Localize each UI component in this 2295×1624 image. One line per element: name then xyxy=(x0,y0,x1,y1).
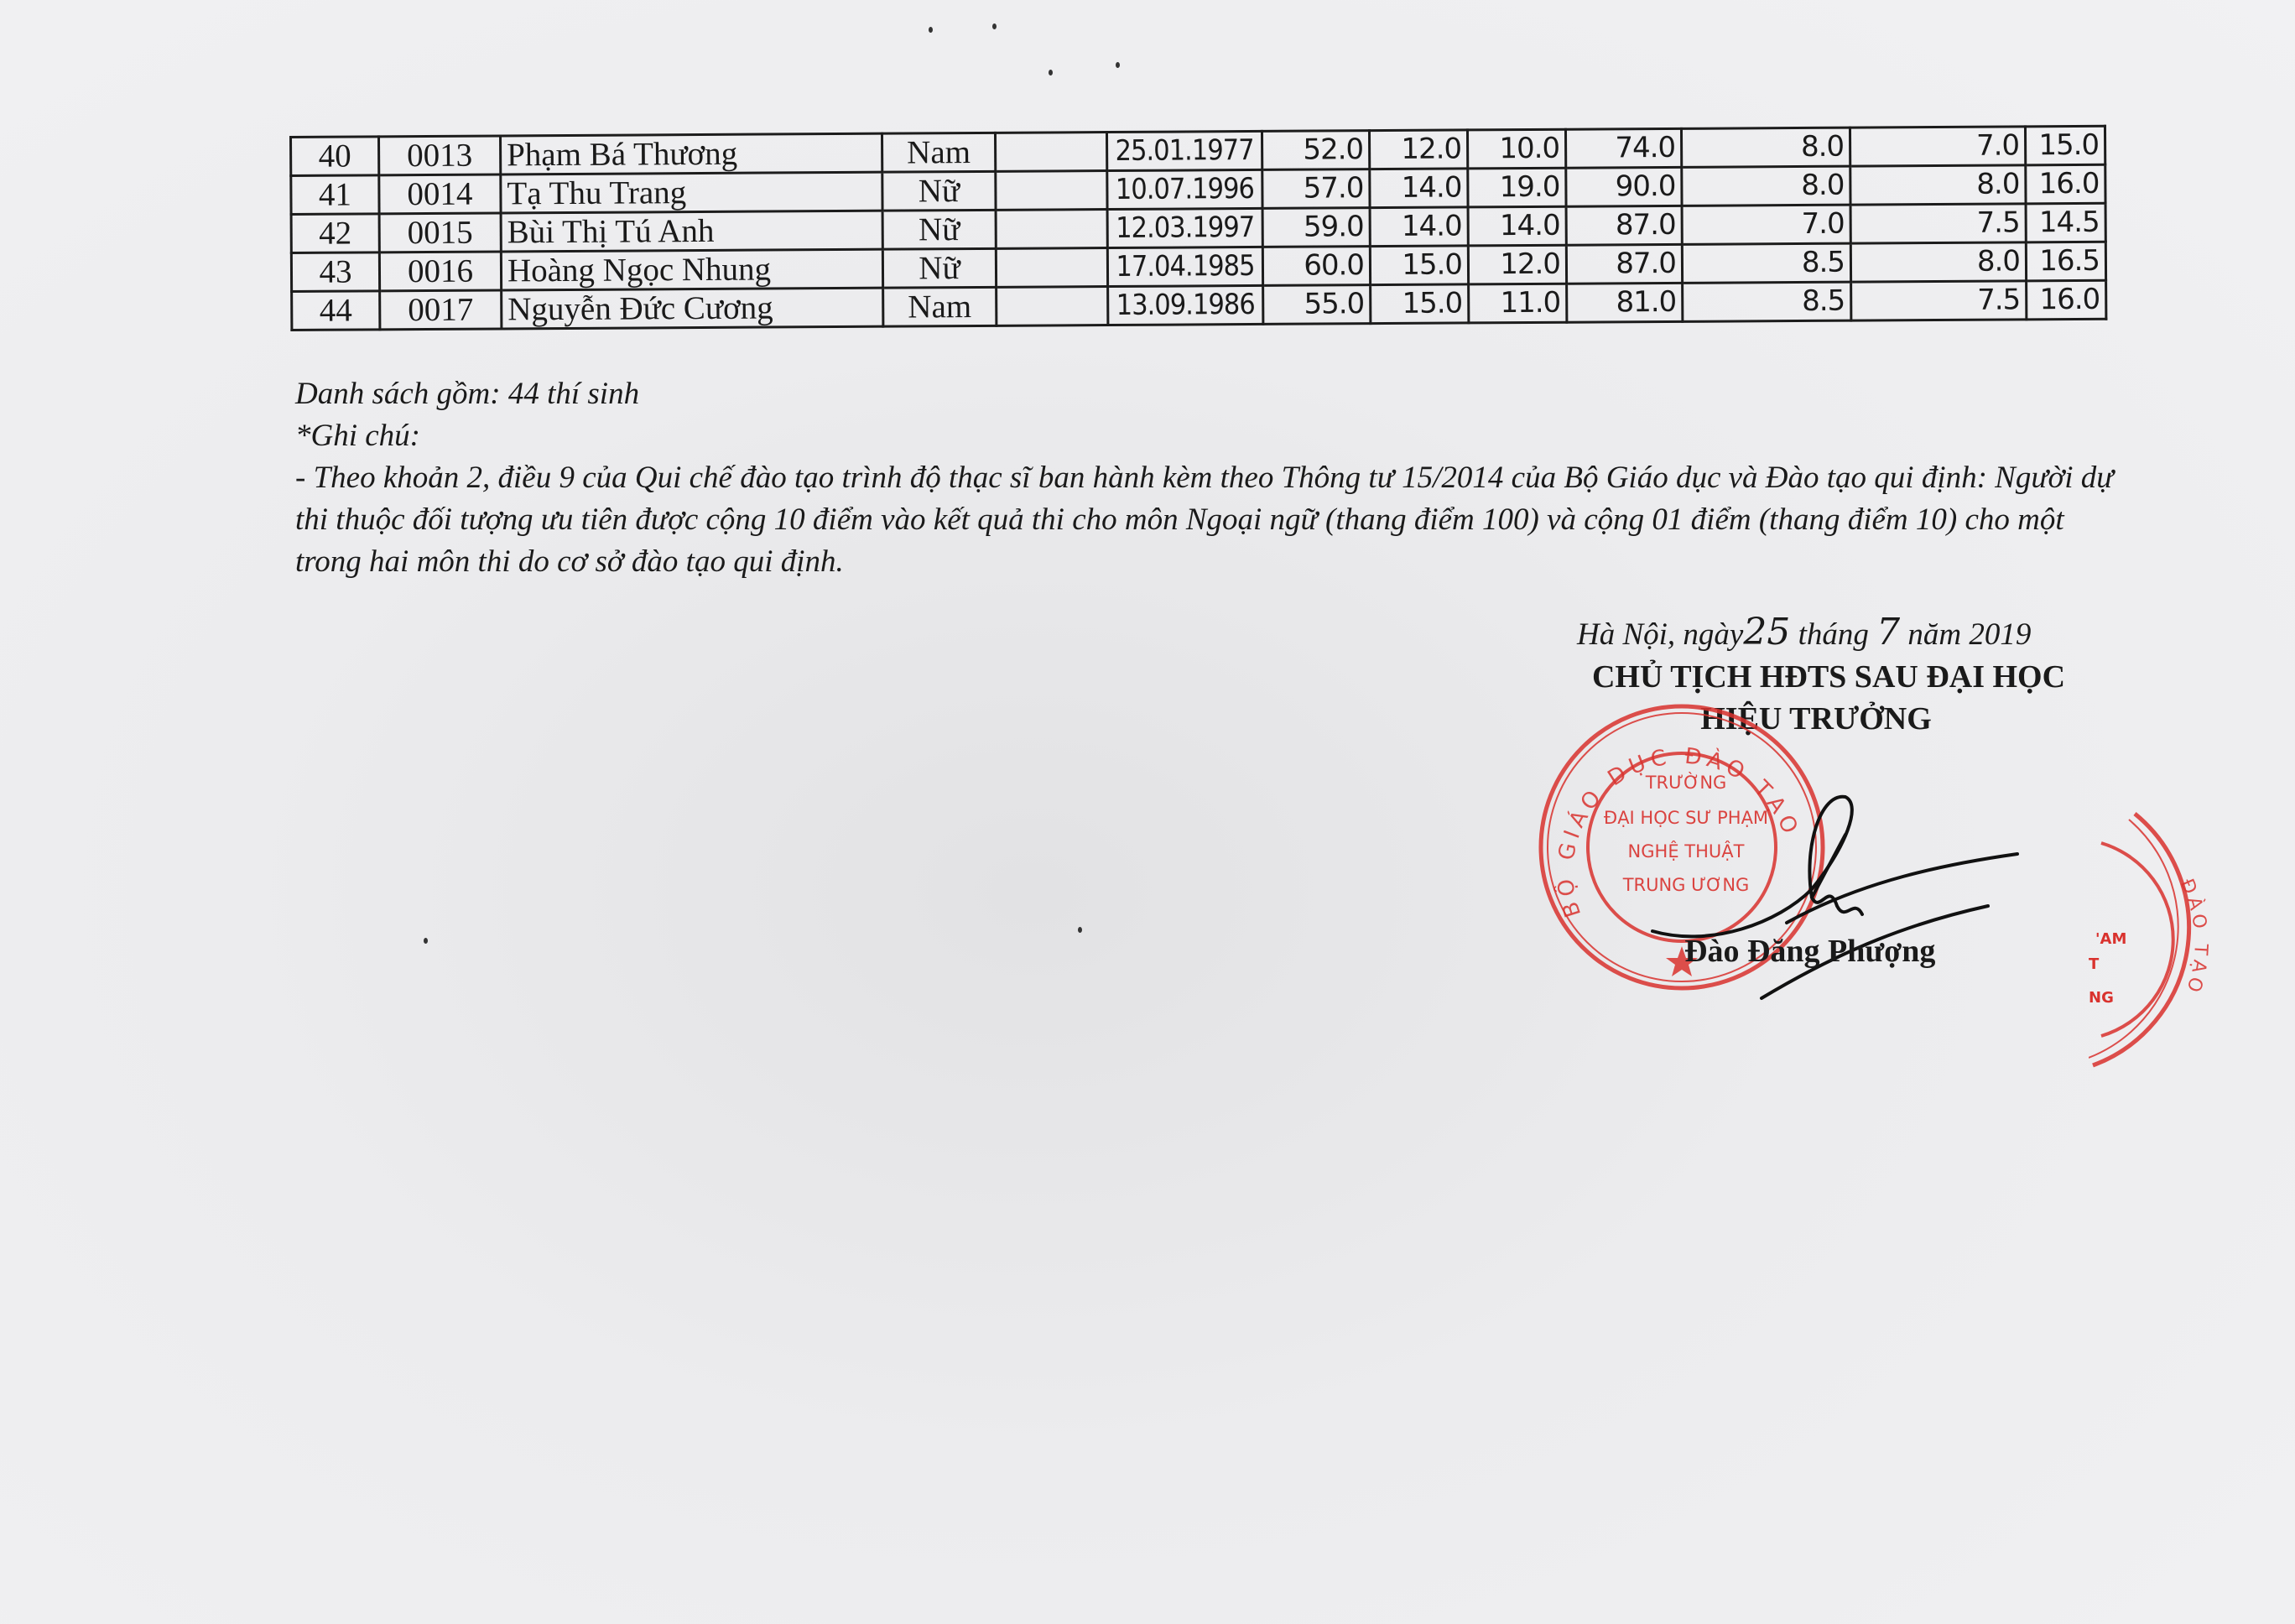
cell-stt: 42 xyxy=(291,214,379,253)
date-prefix: Hà Nội, ngày xyxy=(1577,617,1743,652)
paper-speck xyxy=(992,23,997,29)
notes-section: Danh sách gồm: 44 thí sinh *Ghi chú: - T… xyxy=(295,373,2225,583)
cell-s1: 52.0 xyxy=(1262,131,1369,170)
cell-s5: 8.0 xyxy=(1682,166,1850,206)
score-table: 400013Phạm Bá ThươngNam25.01.197752.012.… xyxy=(289,125,2107,331)
cell-name: Phạm Bá Thương xyxy=(501,133,882,174)
cell-s7: 16.0 xyxy=(2026,164,2105,204)
signer-title: CHỦ TỊCH HĐTS SAU ĐẠI HỌC xyxy=(1569,658,2089,695)
cell-s5: 8.5 xyxy=(1682,243,1850,283)
cell-s2: 14.0 xyxy=(1370,207,1468,247)
cell-extra xyxy=(995,133,1106,172)
cell-s4: 81.0 xyxy=(1567,283,1683,322)
cell-extra xyxy=(996,248,1107,288)
candidate-count: Danh sách gồm: 44 thí sinh xyxy=(295,373,2225,415)
cell-s3: 11.0 xyxy=(1469,284,1567,323)
cell-s3: 10.0 xyxy=(1467,129,1565,169)
cell-sex: Nữ xyxy=(882,171,996,211)
cell-dob: 25.01.1977 xyxy=(1106,131,1262,170)
cell-s2: 14.0 xyxy=(1370,169,1468,208)
paper-speck xyxy=(1049,70,1053,75)
cell-extra xyxy=(996,210,1107,249)
month-label: tháng xyxy=(1798,617,1869,652)
paper-speck xyxy=(929,27,933,33)
cell-s7: 16.5 xyxy=(2026,242,2105,281)
cell-stt: 44 xyxy=(292,291,380,331)
cell-s5: 8.5 xyxy=(1683,282,1851,321)
cell-s7: 15.0 xyxy=(2025,126,2105,165)
cell-s4: 87.0 xyxy=(1566,206,1682,245)
cell-s5: 8.0 xyxy=(1681,128,1850,167)
cell-stt: 40 xyxy=(291,137,379,176)
signer-name: Đào Đăng Phượng xyxy=(1684,933,1935,970)
cell-s6: 7.0 xyxy=(1850,127,2025,166)
paper-speck xyxy=(1078,927,1082,933)
cell-s4: 87.0 xyxy=(1566,244,1682,284)
cell-s2: 15.0 xyxy=(1371,284,1469,324)
cell-dob: 12.03.1997 xyxy=(1107,208,1262,247)
paper-speck xyxy=(1116,62,1120,68)
cell-dob: 13.09.1986 xyxy=(1108,285,1263,325)
cell-s1: 59.0 xyxy=(1262,208,1370,247)
signing-date: Hà Nội, ngày25 tháng 7 năm 2019 xyxy=(1577,611,2089,653)
signature-icon xyxy=(1594,755,2030,1023)
cell-s2: 12.0 xyxy=(1369,130,1467,169)
cell-sbd: 0013 xyxy=(379,136,501,175)
paper-speck xyxy=(424,938,428,944)
note-heading: *Ghi chú: xyxy=(295,415,2225,457)
cell-sbd: 0015 xyxy=(379,213,501,252)
note-line: trong hai môn thi do cơ sở đào tạo qui đ… xyxy=(295,541,2225,583)
cell-s6: 8.0 xyxy=(1850,165,2026,205)
cell-s7: 16.0 xyxy=(2027,280,2106,320)
cell-extra xyxy=(996,171,1107,211)
cell-name: Nguyễn Đức Cương xyxy=(502,288,883,329)
cell-sex: Nữ xyxy=(882,248,996,288)
cell-sbd: 0017 xyxy=(380,290,502,330)
stamp-fragment: NG xyxy=(2089,989,2114,1007)
cell-dob: 10.07.1996 xyxy=(1107,169,1262,209)
note-line: - Theo khoản 2, điều 9 của Qui chế đào t… xyxy=(295,457,2225,499)
cell-s4: 90.0 xyxy=(1566,167,1682,206)
cell-s3: 14.0 xyxy=(1468,206,1566,246)
document-page: 400013Phạm Bá ThươngNam25.01.197752.012.… xyxy=(0,0,2295,1624)
cell-s1: 57.0 xyxy=(1262,169,1370,209)
cell-s6: 8.0 xyxy=(1850,242,2026,282)
score-table-body: 400013Phạm Bá ThươngNam25.01.197752.012.… xyxy=(291,126,2106,330)
cell-name: Bùi Thị Tú Anh xyxy=(501,211,882,252)
cell-s5: 7.0 xyxy=(1682,205,1850,244)
stamp-fragment: 'AM xyxy=(2095,930,2126,948)
date-month: 7 xyxy=(1876,611,1900,653)
cell-s1: 60.0 xyxy=(1262,247,1370,286)
cell-s2: 15.0 xyxy=(1370,246,1468,285)
cell-s4: 74.0 xyxy=(1565,128,1681,168)
cell-name: Hoàng Ngọc Nhung xyxy=(501,249,882,290)
partial-stamp-icon: ĐÀO TẠO 'AM T NG xyxy=(2089,809,2223,1078)
cell-s3: 19.0 xyxy=(1468,168,1566,207)
cell-stt: 43 xyxy=(291,252,379,292)
cell-extra xyxy=(997,287,1108,326)
year-label: năm 2019 xyxy=(1907,617,2031,652)
note-line: thi thuộc đối tượng ưu tiên được cộng 10… xyxy=(295,499,2225,541)
cell-dob: 17.04.1985 xyxy=(1107,247,1262,286)
cell-sex: Nam xyxy=(883,287,997,326)
cell-stt: 41 xyxy=(291,175,379,215)
cell-s1: 55.0 xyxy=(1263,285,1371,325)
cell-s6: 7.5 xyxy=(1851,281,2027,320)
cell-sbd: 0016 xyxy=(379,252,501,291)
cell-name: Tạ Thu Trang xyxy=(501,172,882,213)
date-day: 25 xyxy=(1743,611,1790,653)
cell-sex: Nữ xyxy=(882,210,996,249)
cell-sex: Nam xyxy=(882,133,995,172)
cell-s7: 14.5 xyxy=(2026,203,2105,242)
cell-sbd: 0014 xyxy=(379,174,501,214)
cell-s6: 7.5 xyxy=(1850,204,2026,243)
cell-s3: 12.0 xyxy=(1468,245,1566,284)
stamp-fragment: T xyxy=(2089,955,2100,973)
